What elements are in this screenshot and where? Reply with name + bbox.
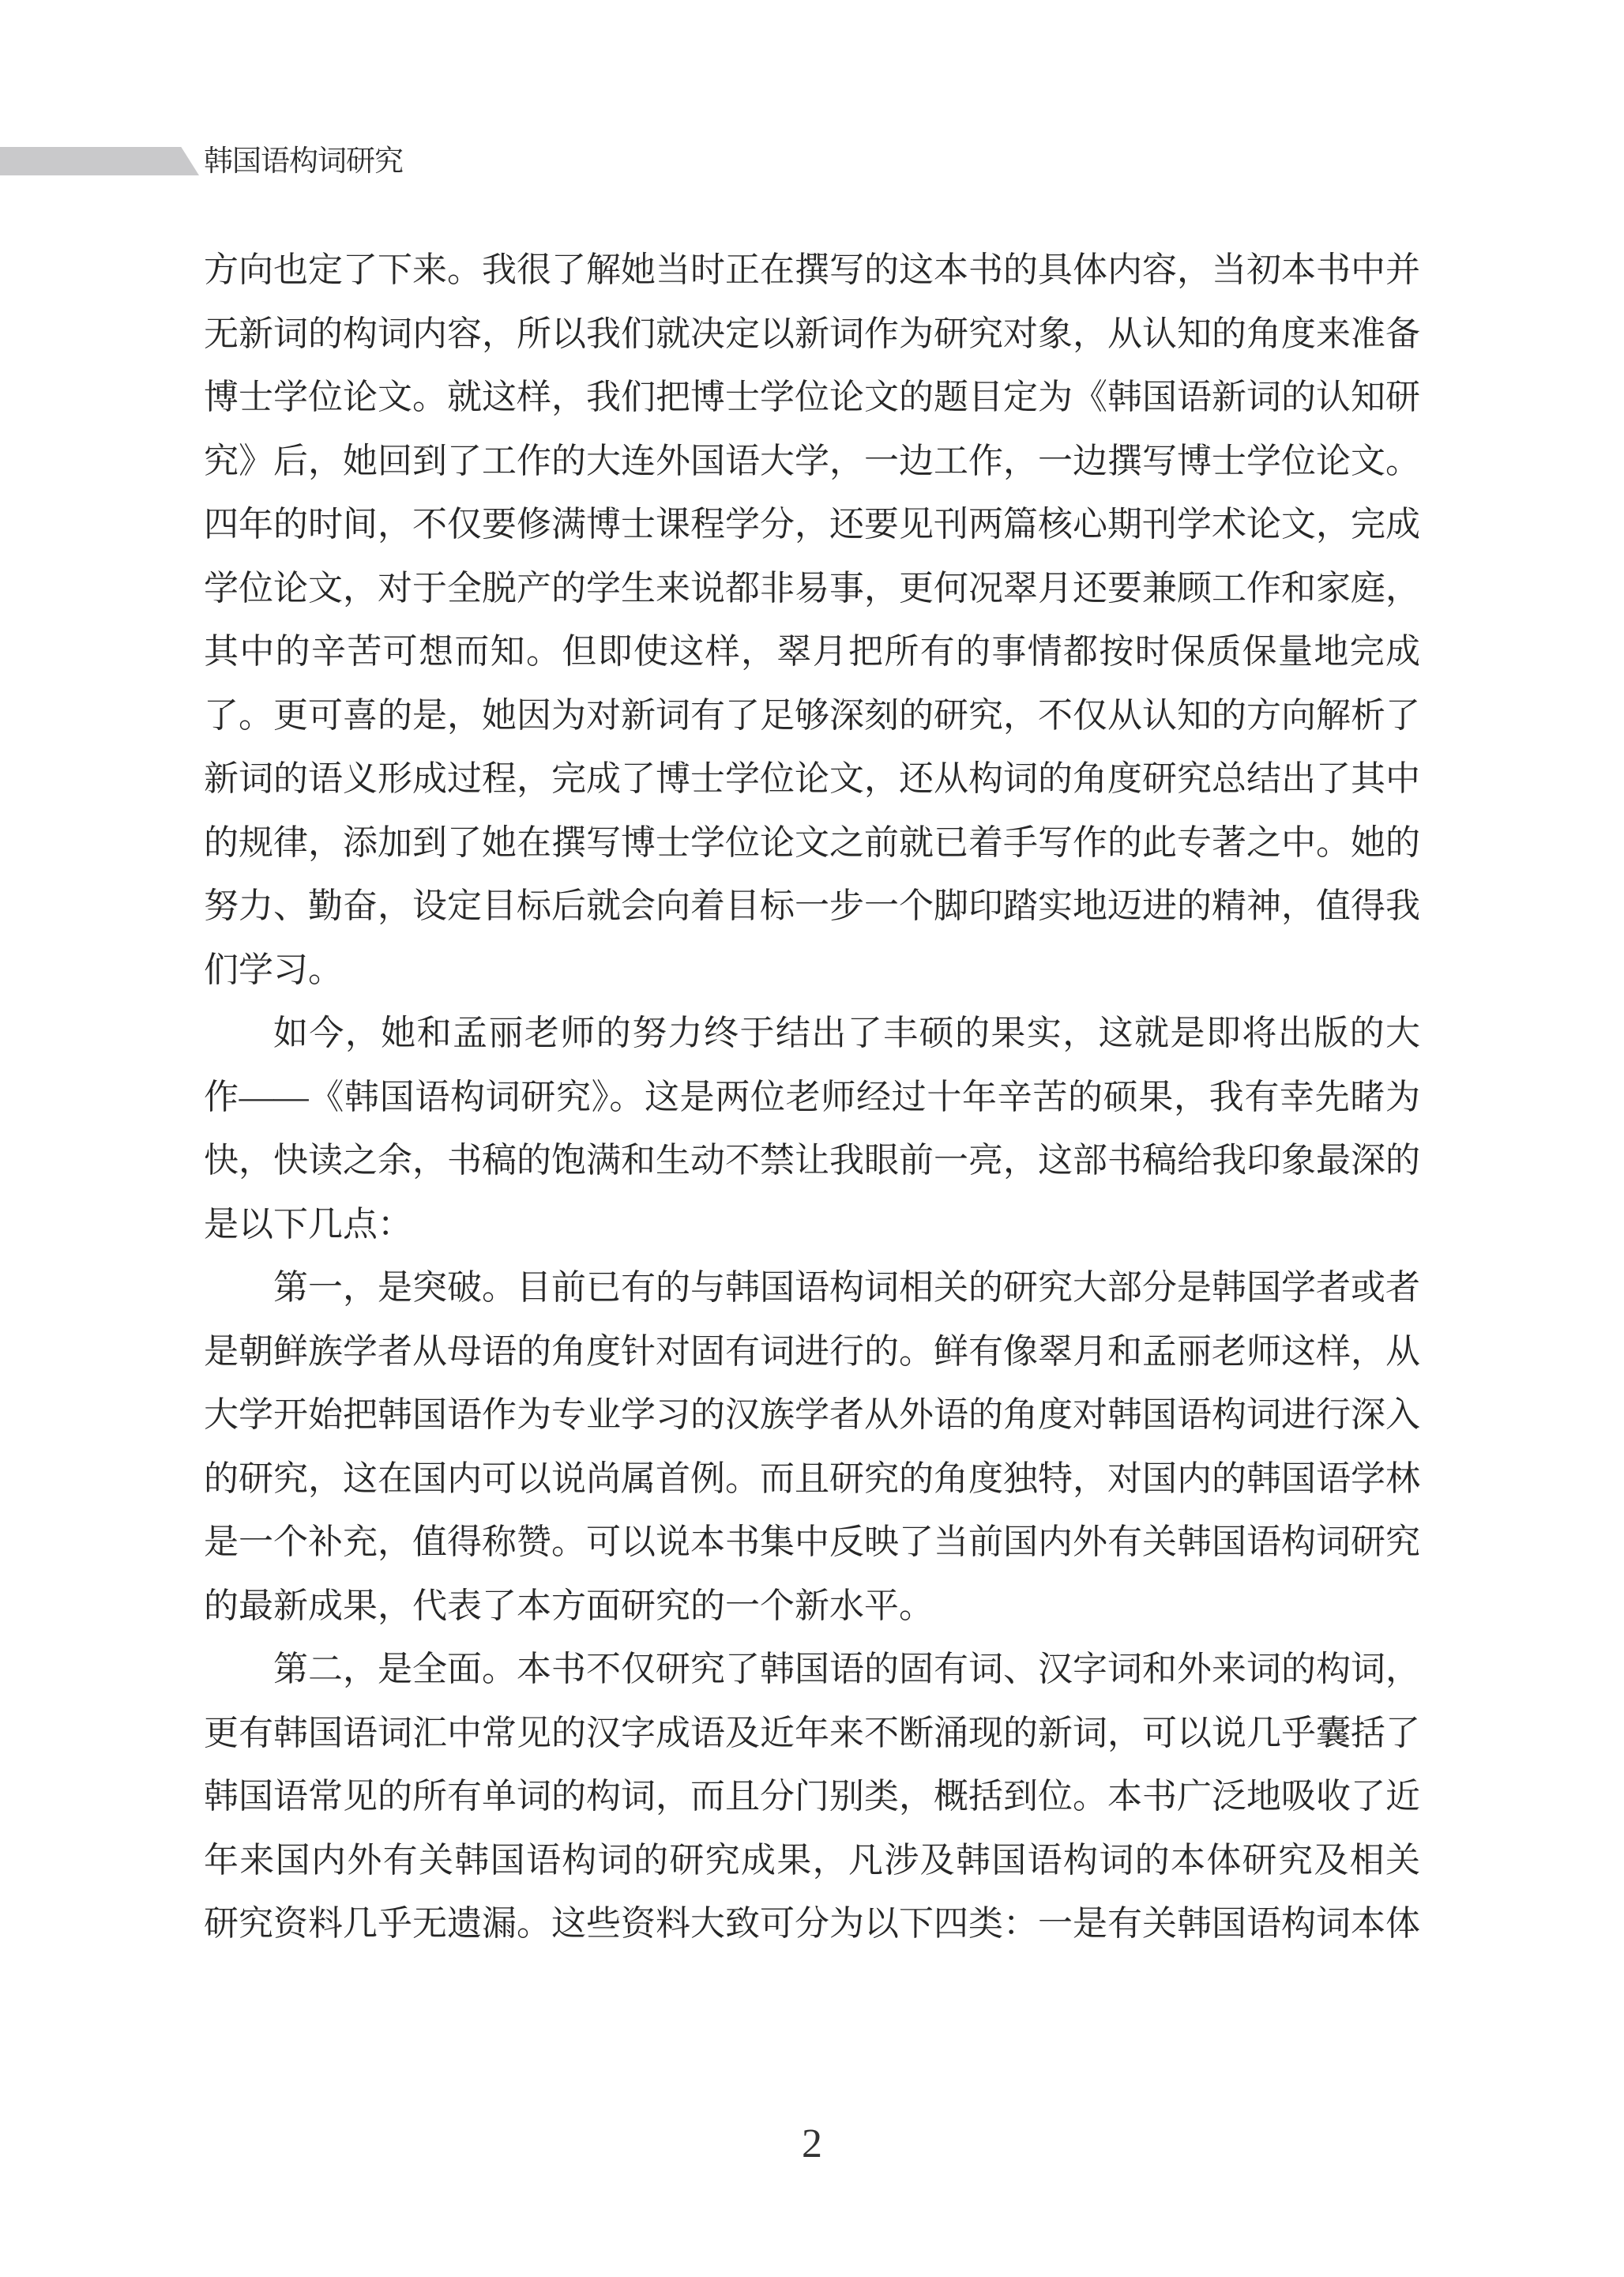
text-line: 究》后，她回到了工作的大连外国语大学，一边工作，一边撰写博士学位论文。 xyxy=(204,430,1420,494)
text-line: 们学习。 xyxy=(204,939,1420,1003)
text-line: 努力、勤奋，设定目标后就会向着目标一步一个脚印踏实地迈进的精神，值得我 xyxy=(204,875,1420,939)
body-text: 方向也定了下来。我很了解她当时正在撰写的这本书的具体内容，当初本书中并无新词的构… xyxy=(204,239,1420,1956)
text-line: 年来国内外有关韩国语构词的研究成果，凡涉及韩国语构词的本体研究及相关 xyxy=(204,1829,1420,1893)
text-line: 快，快读之余，书稿的饱满和生动不禁让我眼前一亮，这部书稿给我印象最深的 xyxy=(204,1129,1420,1193)
text-line: 是朝鲜族学者从母语的角度针对固有词进行的。鲜有像翠月和孟丽老师这样，从 xyxy=(204,1320,1420,1384)
text-line: 博士学位论文。就这样，我们把博士学位论文的题目定为《韩国语新词的认知研 xyxy=(204,366,1420,430)
paragraph: 方向也定了下来。我很了解她当时正在撰写的这本书的具体内容，当初本书中并无新词的构… xyxy=(204,239,1420,1002)
text-line: 了。更可喜的是，她因为对新词有了足够深刻的研究，不仅从认知的方向解析了 xyxy=(204,684,1420,748)
text-line: 是一个补充，值得称赞。可以说本书集中反映了当前国内外有关韩国语构词研究 xyxy=(204,1511,1420,1575)
text-line: 如今，她和孟丽老师的努力终于结出了丰硕的果实，这就是即将出版的大 xyxy=(204,1002,1420,1066)
text-line: 无新词的构词内容，所以我们就决定以新词作为研究对象，从认知的角度来准备 xyxy=(204,303,1420,367)
text-line: 研究资料几乎无遗漏。这些资料大致可分为以下四类：一是有关韩国语构词本体 xyxy=(204,1892,1420,1956)
text-line: 其中的辛苦可想而知。但即使这样，翠月把所有的事情都按时保质保量地完成 xyxy=(204,620,1420,684)
text-line: 的规律，添加到了她在撰写博士学位论文之前就已着手写作的此专著之中。她的 xyxy=(204,811,1420,875)
running-head-title: 韩国语构词研究 xyxy=(204,146,403,176)
header-bar-decoration xyxy=(0,147,199,175)
text-line: 的最新成果，代表了本方面研究的一个新水平。 xyxy=(204,1575,1420,1639)
text-line: 的研究，这在国内可以说尚属首例。而且研究的角度独特，对国内的韩国语学林 xyxy=(204,1447,1420,1511)
text-line: 新词的语义形成过程，完成了博士学位论文，还从构词的角度研究总结出了其中 xyxy=(204,747,1420,811)
text-line: 四年的时间，不仅要修满博士课程学分，还要见刊两篇核心期刊学术论文，完成 xyxy=(204,493,1420,557)
text-line: 学位论文，对于全脱产的学生来说都非易事，更何况翠月还要兼顾工作和家庭， xyxy=(204,557,1420,621)
paragraph: 如今，她和孟丽老师的努力终于结出了丰硕的果实，这就是即将出版的大作——《韩国语构… xyxy=(204,1002,1420,1256)
page-number: 2 xyxy=(0,2121,1624,2167)
text-line: 更有韩国语词汇中常见的汉字成语及近年来不断涌现的新词，可以说几乎囊括了 xyxy=(204,1702,1420,1766)
paragraph: 第一，是突破。目前已有的与韩国语构词相关的研究大部分是韩国学者或者是朝鲜族学者从… xyxy=(204,1256,1420,1638)
text-line: 大学开始把韩国语作为专业学习的汉族学者从外语的角度对韩国语构词进行深入 xyxy=(204,1383,1420,1447)
text-line: 第一，是突破。目前已有的与韩国语构词相关的研究大部分是韩国学者或者 xyxy=(204,1256,1420,1320)
book-page: 韩国语构词研究 方向也定了下来。我很了解她当时正在撰写的这本书的具体内容，当初本… xyxy=(0,0,1624,2277)
text-line: 是以下几点： xyxy=(204,1193,1420,1257)
paragraph: 第二，是全面。本书不仅研究了韩国语的固有词、汉字词和外来词的构词，更有韩国语词汇… xyxy=(204,1638,1420,1956)
text-line: 方向也定了下来。我很了解她当时正在撰写的这本书的具体内容，当初本书中并 xyxy=(204,239,1420,303)
text-line: 韩国语常见的所有单词的构词，而且分门别类，概括到位。本书广泛地吸收了近 xyxy=(204,1765,1420,1829)
text-line: 作——《韩国语构词研究》。这是两位老师经过十年辛苦的硕果，我有幸先睹为 xyxy=(204,1066,1420,1130)
text-line: 第二，是全面。本书不仅研究了韩国语的固有词、汉字词和外来词的构词， xyxy=(204,1638,1420,1702)
